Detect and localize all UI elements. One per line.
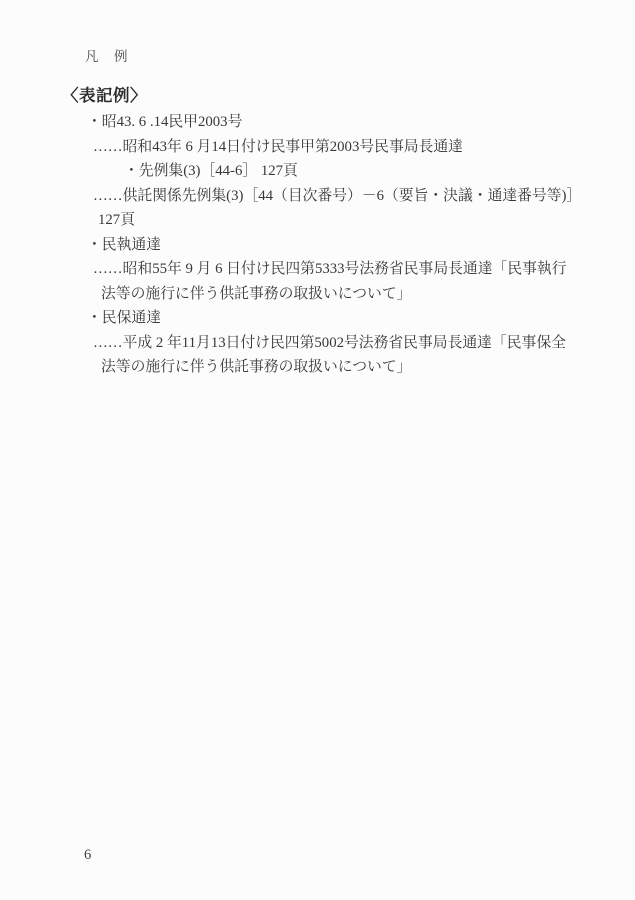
text-line: ・民執通達 <box>0 233 635 258</box>
document-page: 凡 例 〈表記例〉 ・昭43. 6 .14民甲2003号……昭和43年 6 月1… <box>0 0 635 900</box>
section-title: 〈表記例〉 <box>62 82 147 106</box>
page-number: 6 <box>84 847 91 864</box>
text-line: ・先例集(3)［44-6］ 127頁 <box>0 159 635 184</box>
text-line: 法等の施行に伴う供託事務の取扱いについて」 <box>0 355 635 380</box>
text-line: 127頁 <box>0 208 635 233</box>
text-line: ……昭和43年 6 月14日付け民事甲第2003号民事局長通達 <box>0 135 635 160</box>
text-line: ・民保通達 <box>0 306 635 331</box>
text-line: ……平成 2 年11月13日付け民四第5002号法務省民事局長通達「民事保全 <box>0 331 635 356</box>
notation-examples-list: ・昭43. 6 .14民甲2003号……昭和43年 6 月14日付け民事甲第20… <box>0 110 635 380</box>
text-line: ……昭和55年 9 月 6 日付け民四第5333号法務省民事局長通達「民事執行 <box>0 257 635 282</box>
text-line: 法等の施行に伴う供託事務の取扱いについて」 <box>0 282 635 307</box>
running-header: 凡 例 <box>85 45 129 65</box>
text-line: ・昭43. 6 .14民甲2003号 <box>0 110 635 135</box>
text-line: ……供託関係先例集(3)［44（目次番号）－6（要旨・決議・通達番号等)］ <box>0 184 635 209</box>
